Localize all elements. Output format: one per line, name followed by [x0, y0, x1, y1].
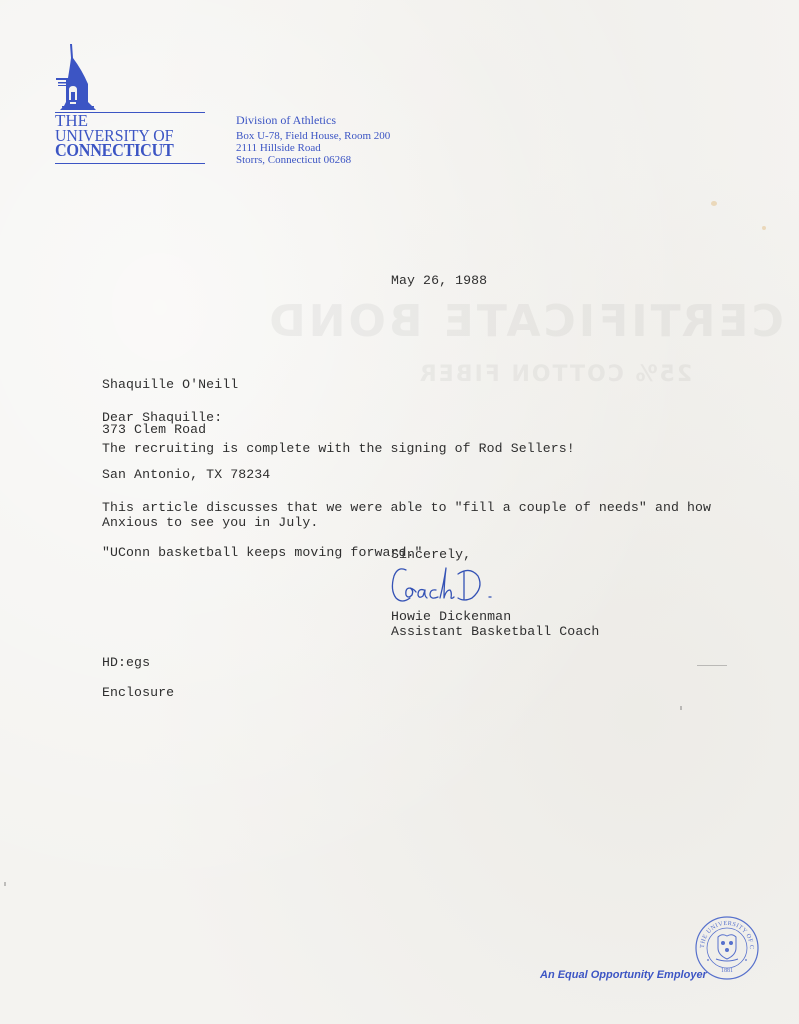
signer-title: Assistant Basketball Coach — [391, 624, 599, 639]
paragraph-1: The recruiting is complete with the sign… — [102, 441, 575, 456]
department-name: Division of Athletics — [236, 114, 390, 126]
letter-date: May 26, 1988 — [391, 273, 487, 288]
logo-underline — [55, 163, 205, 164]
paragraph-2-line-1: This article discusses that we were able… — [102, 500, 711, 515]
university-seal-icon: THE UNIVERSITY OF CONNECTICUT 1881 — [694, 915, 760, 981]
equal-opportunity-statement: An Equal Opportunity Employer — [540, 969, 707, 981]
paper-stain — [711, 201, 717, 206]
address-line: 2111 Hillside Road — [236, 142, 390, 154]
address-line: Storrs, Connecticut 06268 — [236, 154, 390, 166]
recipient-name: Shaquille O'Neill — [102, 377, 270, 392]
bell-tower-icon — [52, 44, 102, 112]
university-wordmark: THE UNIVERSITY OF CONNECTICUT — [55, 113, 187, 158]
paragraph-3: Anxious to see you in July. — [102, 515, 318, 530]
seal-year: 1881 — [721, 968, 733, 974]
signer-name: Howie Dickenman — [391, 609, 511, 624]
svg-text:THE UNIVERSITY OF CONNECTICUT: THE UNIVERSITY OF CONNECTICUT — [694, 915, 755, 950]
watermark-line-1: CERTIFICATE BOND — [255, 296, 795, 348]
wordmark-connecticut: CONNECTICUT — [55, 143, 174, 158]
address-line: Box U-78, Field House, Room 200 — [236, 130, 390, 142]
paper-speck — [697, 665, 727, 666]
closing: Sincerely, — [391, 547, 471, 562]
reference-initials: HD:egs — [102, 655, 150, 670]
paper-speck — [680, 706, 682, 710]
paper-speck — [4, 882, 6, 886]
salutation: Dear Shaquille: — [102, 410, 222, 425]
paper-stain — [762, 226, 766, 230]
watermark-line-2: 25% COTTON FIBER — [255, 362, 799, 387]
paper-watermark: CERTIFICATE BOND 25% COTTON FIBER — [255, 296, 795, 387]
enclosure-notation: Enclosure — [102, 685, 174, 700]
department-address: Division of Athletics Box U-78, Field Ho… — [236, 114, 390, 166]
signature: Coach D. — [388, 562, 498, 607]
seal-text: THE UNIVERSITY OF CONNECTICUT — [694, 915, 755, 950]
